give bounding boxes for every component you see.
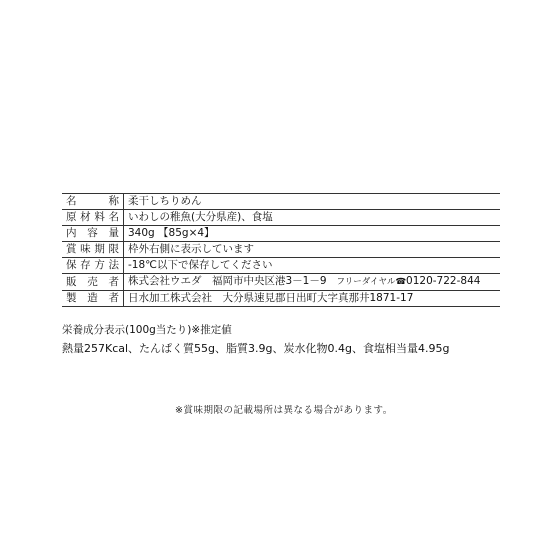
phone-number: 0120-722-844 <box>406 275 480 287</box>
row-value: いわしの稚魚(大分県産)、食塩 <box>124 210 501 226</box>
row-key: 販売者 <box>62 274 124 291</box>
row-key: 賞味期限 <box>62 242 124 258</box>
row-key: 原材料名 <box>62 210 124 226</box>
table-row-ingredients: 原材料名 いわしの稚魚(大分県産)、食塩 <box>62 210 500 226</box>
product-label-table: 名 称 柔干しちりめん 原材料名 いわしの稚魚(大分県産)、食塩 内容量 340… <box>62 193 500 307</box>
nutrition-values: 熱量257Kcal、たんぱく質55g、脂質3.9g、炭水化物0.4g、食塩相当量… <box>62 340 449 356</box>
row-key: 内容量 <box>62 226 124 242</box>
table-row-best-before: 賞味期限 枠外右側に表示しています <box>62 242 500 258</box>
row-value: 340g 【85g×4】 <box>124 226 501 242</box>
row-key: 名 称 <box>62 194 124 210</box>
table-row-storage: 保存方法 -18℃以下で保存してください <box>62 258 500 274</box>
table-row-seller: 販売者 株式会社ウエダ 福岡市中央区港3－1－9フリーダイヤル☎0120-722… <box>62 274 500 291</box>
footnote: ※賞味期限の記載場所は異なる場合があります。 <box>175 402 393 416</box>
table-row-contents: 内容量 340g 【85g×4】 <box>62 226 500 242</box>
row-value: -18℃以下で保存してください <box>124 258 501 274</box>
row-value: 日水加工株式会社 大分県速見郡日出町大字真那井1871-17 <box>124 291 501 307</box>
row-value: 枠外右側に表示しています <box>124 242 501 258</box>
row-key: 保存方法 <box>62 258 124 274</box>
table-row-name: 名 称 柔干しちりめん <box>62 194 500 210</box>
row-key: 製造者 <box>62 291 124 307</box>
table-row-manufacturer: 製造者 日水加工株式会社 大分県速見郡日出町大字真那井1871-17 <box>62 291 500 307</box>
nutrition-heading: 栄養成分表示(100g当たり)※推定値 <box>62 322 232 337</box>
seller-address: 株式会社ウエダ 福岡市中央区港3－1－9 <box>128 275 327 287</box>
row-value: 株式会社ウエダ 福岡市中央区港3－1－9フリーダイヤル☎0120-722-844 <box>124 274 501 291</box>
row-value: 柔干しちりめん <box>124 194 501 210</box>
phone-label: フリーダイヤル☎ <box>337 277 407 287</box>
